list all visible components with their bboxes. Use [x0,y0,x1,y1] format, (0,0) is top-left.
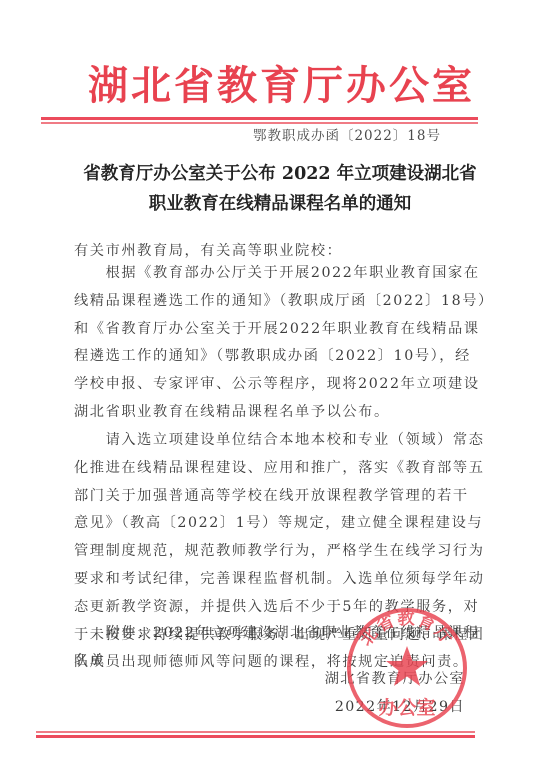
text-line: 湖北省职业教育在线精品课程名单予以公布。 [74,399,467,427]
document-number: 鄂教职成办函〔2022〕18号 [253,124,441,144]
text-line: 程遴选工作的通知》（鄂教职成办函〔2022〕10号），经 [74,343,467,371]
issuing-org-header: 湖北省教育厅办公室 [88,62,468,110]
signature-date: 2022年12月29日 [335,696,465,716]
notice-title-line-2: 职业教育在线精品课程名单的通知 [40,190,520,215]
text-line: 附件：2022年立项建设湖北省职业教育在线精品课程 [74,620,467,648]
paragraph-1: 根据《教育部办公厅关于开展2022年职业教育国家在 线精品课程遴选工作的通知》（… [74,260,467,427]
text-line: 和《省教育厅办公室关于开展2022年职业教育在线精品课 [74,316,467,344]
text-line: 意见》（教高〔2022〕1号）等规定，建立健全课程建设与 [74,510,467,538]
footer-divider [36,731,475,738]
text-line: 态更新教学资源，并提供入选后不少于5年的教学服务，对 [74,594,467,622]
signature-org: 湖北省教育厅办公室 [325,668,465,688]
text-line: 线精品课程遴选工作的通知》（教职成厅函〔2022〕18号） [74,288,467,316]
text-line: 请入选立项建设单位结合本地本校和专业（领域）常态 [74,427,467,455]
text-line: 要求和考试纪律，完善课程监督机制。入选单位须每学年动 [74,566,467,594]
text-line: 部门关于加强普通高等学校在线开放课程教学管理的若干 [74,483,467,511]
notice-title-line-1: 省教育厅办公室关于公布 2022 年立项建设湖北省 [40,160,520,185]
addressee: 有关市州教育局，有关高等职业院校： [74,240,342,260]
text-line: 学校申报、专家评审、公示等程序，现将2022年立项建设 [74,371,467,399]
text-line: 化推进在线精品课程建设、应用和推广，落实《教育部等五 [74,455,467,483]
text-line: 根据《教育部办公厅关于开展2022年职业教育国家在 [74,260,467,288]
header-divider [41,117,478,124]
text-line: 管理制度规范，规范教师教学行为，严格学生在线学习行为 [74,538,467,566]
document-page: 湖北省教育厅办公室 鄂教职成办函〔2022〕18号 省教育厅办公室关于公布 20… [0,0,551,780]
